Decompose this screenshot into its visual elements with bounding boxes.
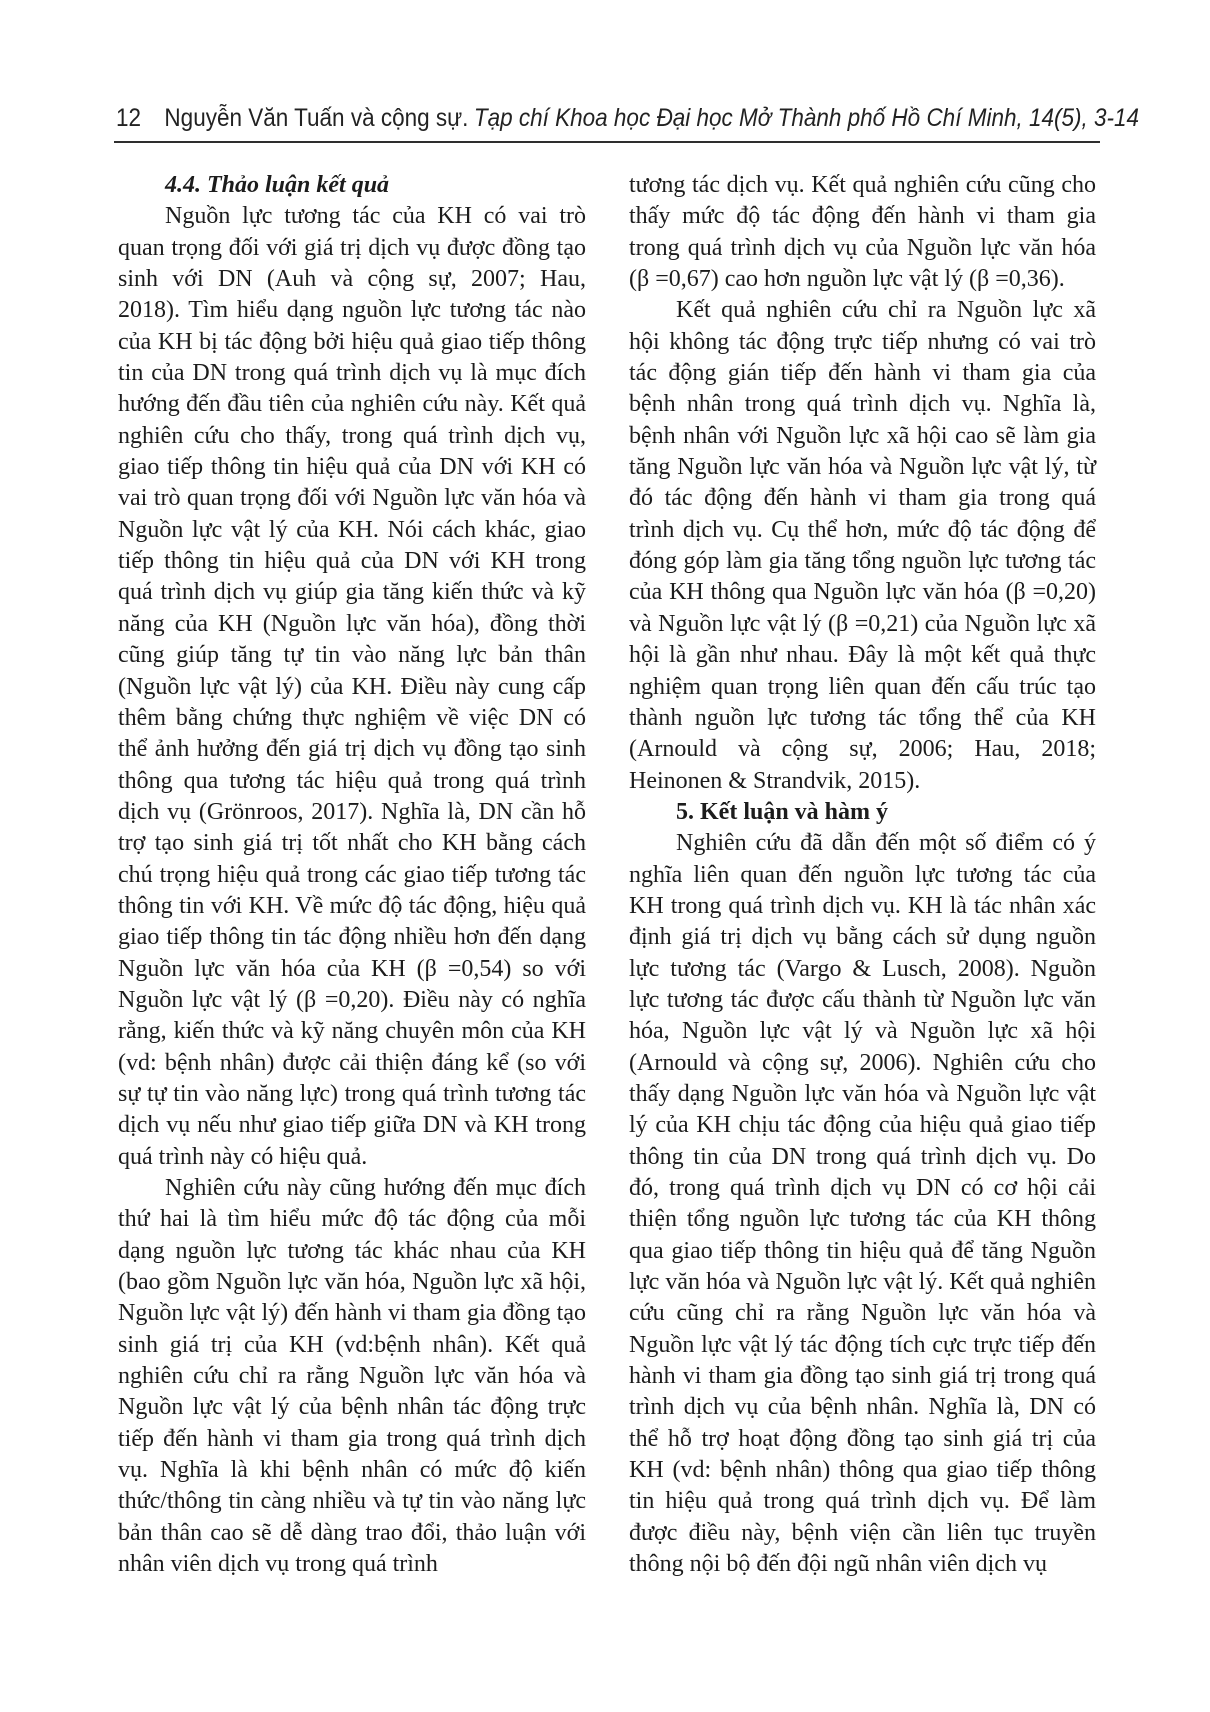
header-journal-citation: Tạp chí Khoa học Đại học Mở Thành phố Hồ… (474, 104, 1139, 132)
section-heading-discussion: 4.4. Thảo luận kết quả (118, 170, 586, 201)
running-head: 12Nguyễn Văn Tuấn và cộng sự.Tạp chí Kho… (116, 103, 1016, 133)
paragraph-discussion-3: Kết quả nghiên cứu chỉ ra Nguồn lực xã h… (629, 295, 1096, 797)
header-rule (114, 141, 1100, 143)
paragraph-discussion-2: Nghiên cứu này cũng hướng đến mục đích t… (118, 1173, 586, 1580)
right-column: tương tác dịch vụ. Kết quả nghiên cứu cũ… (629, 170, 1096, 1580)
page-body: 4.4. Thảo luận kết quả Nguồn lực tương t… (118, 170, 1096, 1580)
paragraph-conclusion-1: Nghiên cứu đã dẫn đến một số điểm có ý n… (629, 828, 1096, 1580)
section-heading-conclusion: 5. Kết luận và hàm ý (629, 797, 1096, 828)
left-column: 4.4. Thảo luận kết quả Nguồn lực tương t… (118, 170, 586, 1580)
paragraph-discussion-1: Nguồn lực tương tác của KH có vai trò qu… (118, 201, 586, 1173)
paragraph-discussion-2-continued: tương tác dịch vụ. Kết quả nghiên cứu cũ… (629, 170, 1096, 295)
header-authors: Nguyễn Văn Tuấn và cộng sự. (164, 104, 468, 132)
page-number: 12 (116, 103, 141, 133)
journal-page: 12Nguyễn Văn Tuấn và cộng sự.Tạp chí Kho… (0, 0, 1210, 1712)
